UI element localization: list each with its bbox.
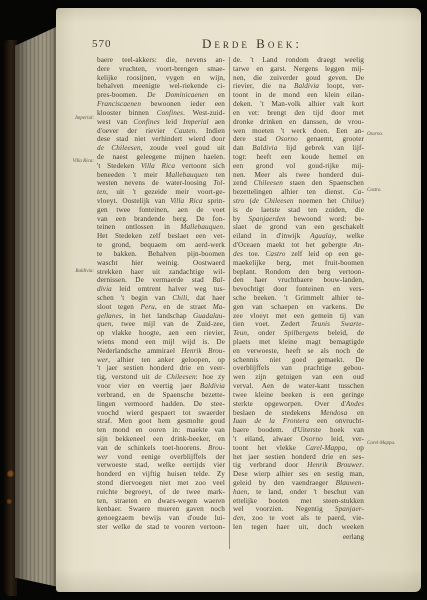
text-line: gellanes, in het landschap Guadalau- (97, 312, 225, 321)
margin-note: Baldivia: (59, 269, 94, 275)
text-line: dernissen. De vermaerde stad Bal- (97, 276, 225, 285)
text-line: des toe. Castro zelf leid op een ge- (233, 250, 364, 259)
text-line: ster welke de stad te vooren vertoon- (97, 523, 225, 532)
page-stack-fore-edge (15, 22, 62, 590)
text-line: teinen ontlossen in Mallebauquen. (97, 223, 225, 232)
text-line: wascht hier weinig. Oostwaerd (97, 259, 225, 268)
text-line: sche beeken. 't Grimmelt alhier te- (233, 294, 364, 303)
book-scan: { "book_page": { "page_number": "570", "… (0, 0, 427, 600)
text-line: deken. 't Man-volk alhier valt kort (233, 100, 364, 109)
text-line: dan Baldivia lijd gebrek van lijf- (233, 144, 364, 153)
text-line: wer vond eenige overblijffels der (97, 453, 225, 462)
text-line: van de schinkels toet-hoorens. Brou- (97, 444, 225, 453)
text-line: sterkte opgeworpen. Over d'Andes (233, 400, 364, 409)
text-line: west van Confines leid Imperial aen (97, 118, 225, 127)
text-line: honderd en vijftig huisen telde. Zy (97, 470, 225, 479)
text-line: bevochtigt door fonteinen en vers- (233, 285, 364, 294)
left-text-column: baere teel-akkers: die, nevens an-dere v… (97, 56, 225, 549)
catchword: eerlang (233, 533, 364, 542)
text-line: is de laetste stad ten zuiden, die (233, 206, 364, 215)
text-line: ruichte begroeyt, of de twee mark- (97, 488, 225, 497)
text-line: togt: heeft een koude hemel en (233, 153, 364, 162)
margin-note: Imperial: (59, 116, 94, 122)
text-line: den haer vruchtbaere bouw-landen, (233, 276, 364, 285)
text-line: gen twee fonteinen, aen de voet (97, 206, 225, 215)
text-line: wiens mond een mijl wijd is. De (97, 338, 225, 347)
text-line: toont in de mond een klein eilan- (233, 91, 364, 100)
text-line: behalven meenigte wel-riekende ci- (97, 82, 225, 91)
text-line: ten, uit 't gezeide meir voort-ge- (97, 188, 225, 197)
text-line: van een brandende berg. De fon- (97, 215, 225, 224)
text-line: baere boodem. d'Uiterste hoek van (233, 426, 364, 435)
text-line: voor vier en veertig jaer Baldivia (97, 382, 225, 391)
text-line: schennis niet goed gemaekt. De (233, 356, 364, 365)
text-line: dronke drinken en danssen, de vrou- (233, 118, 364, 127)
text-line: zee vloeyt met een gemein tij van (233, 312, 364, 321)
text-line: tig, verstond uit de Chileesen: hoe zy (97, 373, 225, 382)
text-line: wen zijn getuigen van een oud (233, 373, 364, 382)
text-line: nen, die zuiverder goud geven. De (233, 74, 364, 83)
text-line: 't eiland, alwaer Osorno leid, ver- (233, 435, 364, 444)
text-line: slaet de grond van een geschakelt (233, 223, 364, 232)
text-line: 't jaer sestien honderd drie en veer- (97, 364, 225, 373)
running-header-title: Derde Boek: (188, 36, 316, 52)
text-line: nen. Meer als twee honderd dui- (233, 171, 364, 180)
text-line: Nederlandsche ammirael Henrik Brou- (97, 347, 225, 356)
margin-note: Carel-Mappa. (367, 441, 399, 447)
column-divider-rule (229, 57, 230, 549)
text-line: lingen vermoord hadden. De stee- (97, 400, 225, 409)
text-line: ten, straeten en dwars-wegen waeren (97, 497, 225, 506)
text-line: te grond, bequaem om aerd-werk (97, 241, 225, 250)
margin-note: Castro. (367, 188, 399, 194)
text-line: len tegen haer uit, doch weeken (233, 523, 364, 532)
text-line: Dese wierp alhier ses en sestig man, (233, 470, 364, 479)
text-line: tien voet. Zedert Teunis Swarte- (233, 320, 364, 329)
text-line: baere teel-akkers: die, nevens an- (97, 56, 225, 65)
text-line: wel voorzien. Negentig Spanjaer- (233, 505, 364, 514)
text-line: te bakken. Behalven pijn-boomen (97, 250, 225, 259)
text-line: voochd wierd gespaert tot swaerder (97, 409, 225, 418)
text-line: westen nevens de water-loosing Tol- (97, 179, 225, 188)
text-line: beneeden 't meir Mallebauquen ten (97, 171, 225, 180)
text-line: dere vruchten, voort-brengen smae- (97, 65, 225, 74)
text-line: plaets met kleine magt bemagtigde (233, 338, 364, 347)
text-line: strekken haer uit zandachtige wil- (97, 268, 225, 277)
text-line: verbrand, en de Spaensche bezette- (97, 391, 225, 400)
text-line: klooster binnen Confines. West-zuid- (97, 109, 225, 118)
text-line: straf. Men goot hem gesmolte goud (97, 417, 225, 426)
text-line: 't Stedeken Villa Rica vertoont sich (97, 162, 225, 171)
text-line: genoegzaem bewijs van d'oude lui- (97, 514, 225, 523)
page-number: 570 (92, 38, 112, 50)
text-line: rievier, die na Baldivia loopt, ver- (233, 82, 364, 91)
text-line: d'oever der rievier Cauten. Indien (97, 127, 225, 136)
text-line: quen, twee mijl van de Zuid-zee, (97, 320, 225, 329)
book-page: 570 Derde Boek: baere teel-akkers: die, … (56, 8, 421, 592)
text-line: wer, alhier ten anker geloopen, op (97, 356, 225, 365)
text-line: de naest geleegene mijnen haelen. (97, 153, 225, 162)
text-line: kenbaer. Swaere mueren gaven noch (97, 505, 225, 514)
text-line: stond diervoegen niet met zoo veel (97, 479, 225, 488)
text-line: beslaen de stedekens Mendosa en (233, 409, 364, 418)
text-line: zend Chileesen staen den Spaenschen (233, 179, 364, 188)
text-line: haen, te land, onder 't beschut van (233, 488, 364, 497)
margin-note: Villa Rica: (59, 159, 94, 165)
text-line: tarwe en garst. Nergens leggen mij- (233, 65, 364, 74)
text-line: ettelijke booten met steen-stukken (233, 497, 364, 506)
text-line: verval. Aen de water-kant tusschen (233, 382, 364, 391)
text-line: overblijffels van prachtige gebou- (233, 364, 364, 373)
text-line: pres-boomen. De Dominicaenen en (97, 91, 225, 100)
text-line: d'Oceaen maekt tot het gebergte An- (233, 241, 364, 250)
text-line: sloot tegen Peru, en de straet Ma- (97, 303, 225, 312)
text-line: tig verbrand door Henrik Brouwer. (233, 461, 364, 470)
text-line: toont het vlekke Carel-Mappa, op (233, 444, 364, 453)
text-line: Iuan de la Frontera een onvrucht- (233, 417, 364, 426)
text-line: stro (de Chileesen noemen het Chilue) (233, 197, 364, 206)
text-line: schen 't begin van Chili, dat haer (97, 294, 225, 303)
text-line: beplant. Rondom den berg vertoon- (233, 268, 364, 277)
text-line: by Spanjaerden bewoond word: be- (233, 215, 364, 224)
text-line: sijn bekkeneel een drink-beeker, en (97, 435, 225, 444)
text-line: en vet: brengt den tijd door met (233, 109, 364, 118)
text-line: verwoeste stad, welke eertijds vier (97, 461, 225, 470)
text-line: bezettelingen alhier ten dienst. Ca- (233, 188, 364, 197)
text-line: dere stad Osorno genaemt, grooter (233, 135, 364, 144)
text-line: den, zoo te voet als te paerd, vie- (233, 514, 364, 523)
text-line: de. 't Land rondom draegt weelig (233, 56, 364, 65)
text-line: ten mond en ooren in: maekte van (97, 426, 225, 435)
margin-note: Osorno. (367, 132, 399, 138)
text-line: dese stad niet verhindert wierd door (97, 135, 225, 144)
text-line: maekelijke berg, met fruit-boomen (233, 259, 364, 268)
text-line: twee kleine beeken is een geringe (233, 391, 364, 400)
text-line: divia leid omtrent halver weg tus- (97, 285, 225, 294)
text-line: eiland in d'inwijk Agualay, welke (233, 232, 364, 241)
text-line: wen moeten 't werk doen. Een an- (233, 127, 364, 136)
text-line: en verwoeste, heeft se als noch de (233, 347, 364, 356)
text-line: het jaer sestien honderd drie en ses- (233, 453, 364, 462)
text-line: de Chileesen, zoude veel goud uit (97, 144, 225, 153)
text-columns: baere teel-akkers: die, nevens an-dere v… (97, 56, 365, 549)
right-text-column: de. 't Land rondom draegt weeligtarwe en… (233, 56, 364, 549)
text-line: Het Stedeken zelf beslaet een vet- (97, 232, 225, 241)
text-line: een grond vol goud-rijke mij- (233, 162, 364, 171)
text-line: op vlakke hoogte, aen een rievier, (97, 329, 225, 338)
text-line: vloeyt. Oostelijk van Villa Rica sprin- (97, 197, 225, 206)
text-line: Franciscaenen bewoonen ieder een (97, 100, 225, 109)
text-line: geleid by den vaendraeger Blauwen- (233, 479, 364, 488)
text-line: Teun, onder Spilbergens beleid, de (233, 329, 364, 338)
text-line: kelijke roosijnen, vygen en wijn, (97, 74, 225, 83)
text-line: gen van schaepen en varkens. De (233, 303, 364, 312)
